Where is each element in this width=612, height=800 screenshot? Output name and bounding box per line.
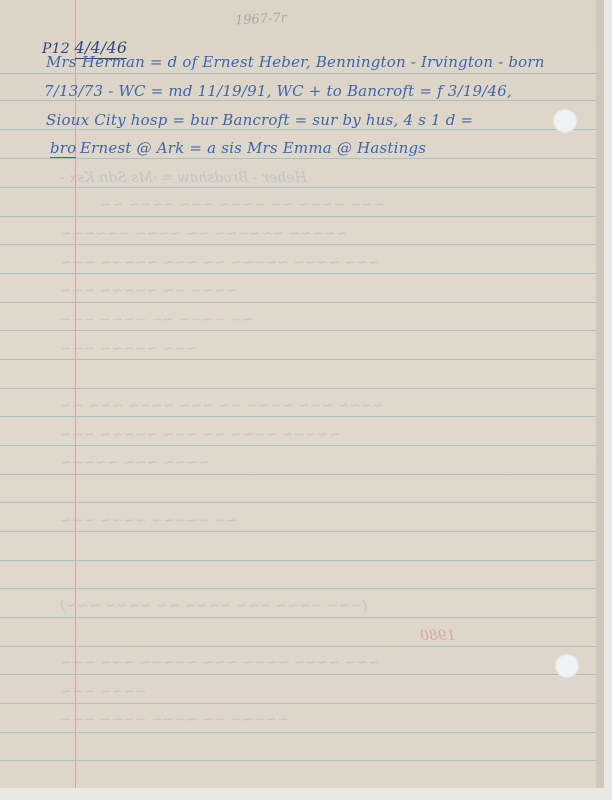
rule-line [0,416,604,417]
rule-line [0,273,604,274]
bleedthrough-text: ~~~~~ ~~~~ ~~ ~~~ ~~~~~ ~~~ [60,427,340,443]
rule-line [0,732,604,733]
bleedthrough-text: ~~~~ ~~~ ~~~~ ~~ ~~~ ~~~~ ~~~ ~~ [60,398,384,414]
rule-line [0,674,604,675]
rule-line [0,129,604,130]
bleedthrough-red-note: 1980 [420,628,456,644]
note-line-3: Sioux City hosp = bur Bancroft = sur by … [46,111,473,129]
punch-hole [555,654,579,678]
corner-pencil-note: 1967-7r [235,11,288,29]
bleedthrough-text: Heber - Bradshaw = ·Ms Sdn Ksx - [60,170,307,186]
bleedthrough-text: ~~ ~~~~ ~~ ~~~~ ~~~ [60,312,254,328]
bleedthrough-text: ~~~ ~~~~ ~~~~ ~~~ ~~~~~ ~~~ ~~~ [60,655,380,671]
bleedthrough-text: ~~~~~ ~~~~~~ ~~ ~~~~ ~~~~~~ [60,226,348,242]
bleedthrough-text: ~~~~~ ~~ ~~~~ ~~~~ ~~~ [60,712,289,728]
note-line-1: Mrs Herman = d of Ernest Heber, Benningt… [46,53,545,71]
bleedthrough-text: ~~~~ ~~ ~~~~~ ~~~ [60,283,238,299]
rule-line [0,560,604,561]
rule-line [0,646,604,647]
bleedthrough-text: ~~~~ ~~~ ~~~~~ [60,455,210,471]
rule-line [0,474,604,475]
rule-line [0,359,604,360]
rule-line [0,100,604,101]
rule-line [0,502,604,503]
note-line-4-rest: Ernest @ Ark = a sis Mrs Emma @ Hastings [80,139,426,157]
rule-line [0,388,604,389]
rule-line [0,302,604,303]
bleedthrough-text: ~~~ ~~~~~ ~~~ [60,341,198,357]
note-line-4: bro [50,139,76,157]
bleedthrough-text: ~~~~ ~~~ [60,684,147,700]
rule-line [0,760,604,761]
rule-line [0,73,604,74]
rule-line [0,187,604,188]
rule-line [0,617,604,618]
rule-line [0,703,604,704]
rule-line [0,158,604,159]
rule-line [0,531,604,532]
bleedthrough-text: ~~~ ~~~~ ~~~~~ ~~ ~~~ ~~~~~ ~~~ [60,255,380,271]
notebook-page: 1967-7r P12 4/4/46 Mrs Herman = d of Ern… [0,0,604,788]
bleedthrough-text: (~~~ ~~~~ ~~~ ~~~~ ~~ ~~~~ ~~~) [60,598,367,614]
rule-line [0,445,604,446]
note-line-2: 7/13/73 - WC = md 11/19/91, WC + to Banc… [44,82,512,100]
bleedthrough-text: ~~ ~~~~~ ~~~~ ~~~ [60,513,238,529]
bleedthrough-text: ~~~ ~~~~ ~~ ~~~~ ~~~ ~~~~ ~~ [100,197,385,213]
rule-line [0,330,604,331]
rule-line [0,588,604,589]
punch-hole [553,109,577,133]
rule-line [0,216,604,217]
underlined-word: bro [50,139,76,158]
rule-line [0,244,604,245]
